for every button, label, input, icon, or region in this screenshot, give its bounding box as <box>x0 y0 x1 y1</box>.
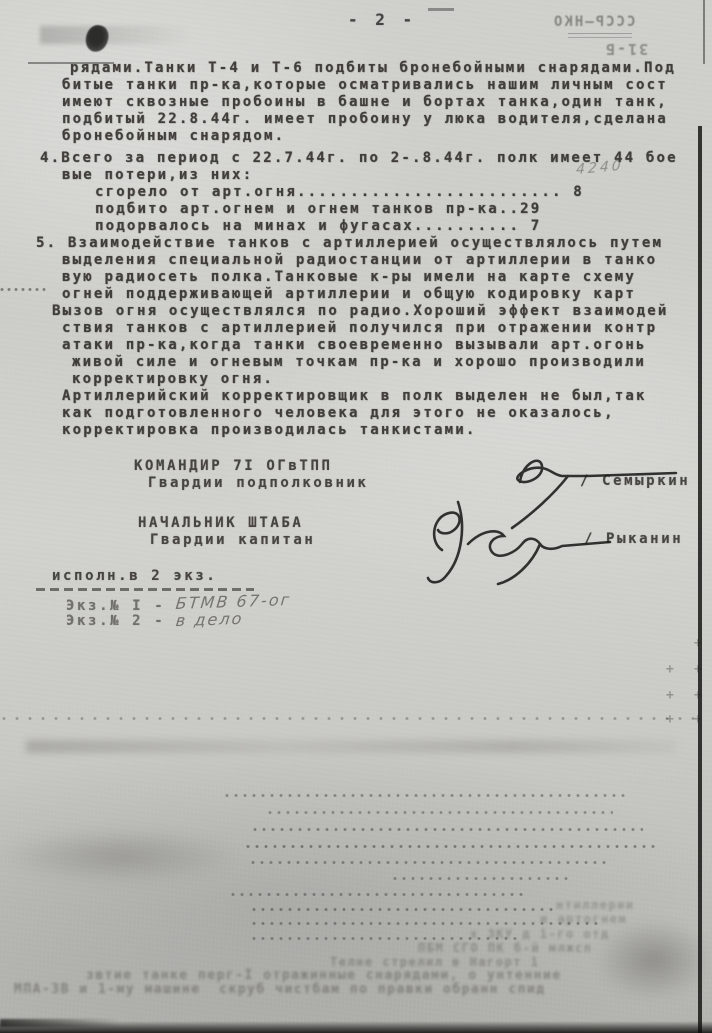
typewritten-line: атаки пр-ка,когда танки своевременно выз… <box>62 337 647 353</box>
typewritten-line: вую радиосеть полка.Танковые к-ры имели … <box>62 269 636 285</box>
plus-mark: + <box>666 662 674 677</box>
dotted-leader-row <box>2 716 700 721</box>
commander-rank: Гвардии подполковник <box>148 475 369 491</box>
bleedthrough-text: звтие танке перг-I отражинные снарядами,… <box>86 968 562 983</box>
right-edge-rule <box>698 126 702 1033</box>
dotted-leader-row <box>393 876 568 881</box>
typewritten-line: 5. Взаимодействие танков с артиллерией о… <box>36 235 663 251</box>
bleedthrough-text: и артогнем <box>540 912 627 926</box>
typewritten-line: живой силе и огневым точкам пр-ка и хоро… <box>72 354 646 370</box>
signature-chief-ink <box>412 492 652 587</box>
typewritten-line: Вызов огня осуществлялся по радио.Хороши… <box>52 303 668 319</box>
bleedthrough-smudge-band <box>26 740 676 753</box>
dotted-leader-row <box>0 287 48 292</box>
copy1-label: Экз.№ I - <box>66 598 165 614</box>
header-dash-mark <box>428 8 454 11</box>
bleedthrough-header-underline <box>568 33 632 38</box>
dotted-leader-row <box>253 827 643 832</box>
typewritten-line: подбито арт.огнем и огнем танков пр-ка..… <box>95 201 541 217</box>
bleedthrough-text: х ЗКУ д 1-го отд <box>470 927 610 941</box>
typewritten-line: ствия танков с артиллерией получился при… <box>62 320 657 336</box>
bleedthrough-text: Телне стрелил в Нагорт 1 <box>330 955 539 969</box>
chief-of-staff-title: НАЧАЛЬНИК ШТАБА <box>138 515 303 531</box>
typewritten-line: выделения специальной радиостанции от ар… <box>62 252 657 268</box>
dashed-separator <box>36 588 254 591</box>
dotted-leader-row <box>231 892 526 897</box>
stamp-ghost-smudge <box>40 26 190 44</box>
chief-of-staff-rank: Гвардии капитан <box>150 532 315 548</box>
typewritten-line: 4.Всего за период с 22.7.44г. по 2-.8.44… <box>40 150 678 166</box>
typewritten-line: корректировка производилась танкистами. <box>62 422 477 438</box>
dotted-leader-row <box>225 793 625 798</box>
typewritten-line: как подготовленного человека для этого н… <box>62 405 615 421</box>
copy2-handwritten-value: в дело <box>175 609 245 630</box>
typewritten-line: сгорело от арт.огня.....................… <box>95 184 584 200</box>
typewritten-line: огней поддерживающей артиллерии и общую … <box>62 286 636 302</box>
typewritten-line: вые потери,из них: <box>62 167 253 183</box>
typewritten-line: подорвалось на минах и фугасах..........… <box>95 218 541 234</box>
typewritten-line: корректировку огня. <box>72 371 274 387</box>
copy2-label: Экз.№ 2 - <box>66 613 165 629</box>
bleedthrough-text: нтиллерии <box>556 898 635 912</box>
copies-note: исполн.в 2 экз. <box>52 568 217 584</box>
commander-title: КОМАНДИР 7I ОГвТПП <box>134 458 333 474</box>
bleedthrough-header-text-2: 31-Б <box>604 40 648 58</box>
bleedthrough-text: ПБМ СГО ПК б-й млжсп <box>418 941 593 955</box>
dotted-leader-row <box>252 907 557 912</box>
typewritten-line: имеют сквозные пробоины в башне и бортах… <box>62 94 668 110</box>
typewritten-line: подбитый 22.8.44г. имеет пробоину у люка… <box>62 111 668 127</box>
typewritten-line: Артиллерийский корректировщик в полк выд… <box>62 388 647 404</box>
paper-stain <box>0 828 240 884</box>
dotted-leader-row <box>246 844 658 849</box>
right-edge-rule-top <box>703 0 705 64</box>
typewritten-line: бронебойным снарядом. <box>62 128 285 144</box>
paper-stain <box>596 920 712 1000</box>
page-number: - 2 - <box>348 10 416 29</box>
typewritten-line: рядами.Танки Т-4 и Т-6 подбиты бронебойн… <box>70 60 676 76</box>
scanned-document-page: - 2 - СССР—НКО 31-Б 4240 рядами.Танки Т-… <box>0 0 712 1033</box>
plus-mark: + <box>666 688 674 703</box>
dotted-leader-row <box>251 860 611 865</box>
bleedthrough-text: МПА-ЗВ и 1-му машине скруб чистбам по пр… <box>14 982 546 997</box>
bottom-scan-band <box>0 1021 712 1033</box>
bleedthrough-header-text: СССР—НКО <box>552 14 672 30</box>
dotted-leader-row <box>268 810 613 815</box>
plus-mark: + <box>666 712 674 727</box>
typewritten-line: битые танки пр-ка,которые осматривались … <box>62 77 668 93</box>
